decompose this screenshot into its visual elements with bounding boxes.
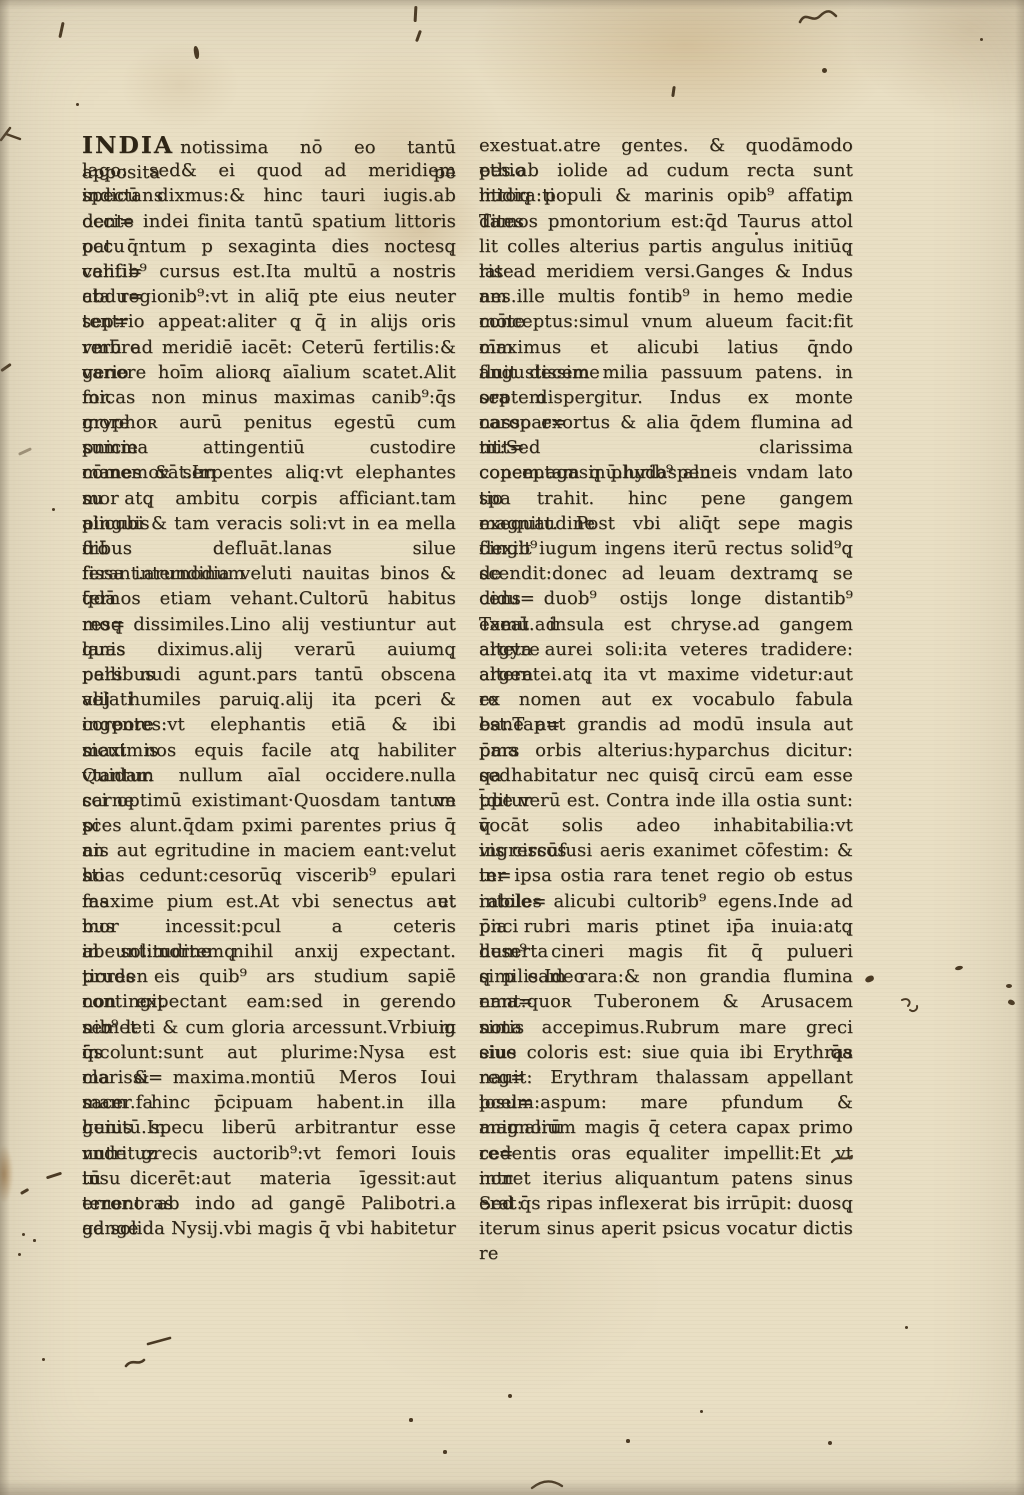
ink-dot [22, 1233, 25, 1236]
text-line: vnde grecis auctorib⁹:vt femori Iouis in… [82, 1141, 456, 1166]
pen-squiggle-bottom [118, 1336, 174, 1376]
ink-dot [42, 1358, 45, 1361]
text-line: huius specu liberū arbitrantur esse nutr… [82, 1115, 456, 1140]
text-line: cingit iugum ingens iterū rectus solid⁹q… [479, 536, 853, 561]
pen-arc [530, 1474, 564, 1492]
text-line: iterum sinus aperit psicus vocatur dicti… [479, 1216, 853, 1241]
text-line: hum⁹ cineri magis fit q̄ pulueri similis… [479, 939, 853, 964]
text-line: genere hoīm alioʀq̨ aīalium scatet.Alit … [82, 360, 456, 385]
text-line: nasso exortus & alia q̄dem flumina ad mi… [479, 410, 853, 435]
text-line: manes & serpentes aliq̨:vt elephantes mo… [82, 460, 456, 485]
text-line: vocāt solis adeo inhabitabilia:vt ingres… [479, 813, 853, 838]
ink-dot [443, 1450, 447, 1454]
text-line: conceptam q̨ plurib⁹ alueis vndam lato s… [479, 460, 853, 485]
text-line: re nomen aut ex vocabulo fabula est.Tap= [479, 687, 853, 712]
text-line: su atq̨ ambitu corpis afficiant.tam ping… [82, 486, 456, 511]
ink-mark [193, 46, 200, 60]
text-line: tit:Sed clarissima copem.agasinū.hydaspe… [479, 435, 853, 460]
text-line: sima accepimus.Rubrum mare greci siue q̄… [479, 1015, 853, 1040]
pen-check-mark [0, 124, 28, 146]
left-column-lines: lago: sed& ei quod ad meridiem spectansi… [82, 158, 456, 1241]
text-line: qa habitatur nec quisq̄ circū eam esse t… [479, 763, 853, 788]
ink-mark [864, 975, 875, 984]
text-line: pes.ab iolide ad cudum recta sunt littor… [479, 158, 853, 183]
text-line: exestuat.atre gentes. & quodāmodo ethio [479, 133, 853, 158]
text-line: alicubi & tam veracis soli:vt in ea mell… [82, 511, 456, 536]
text-line: Tamū insula est chryse.ad gangem argyre [479, 612, 853, 637]
text-line: in solitudine nihil anxij expectant. pru… [82, 939, 456, 964]
text-line: sces alunt.q̄dam pximi parentes prius q̄… [82, 813, 456, 838]
text-line: argentei.atq̨ ita vt maxime videtur:aut … [479, 662, 853, 687]
stain [850, 0, 1024, 120]
ink-dot [626, 1439, 630, 1443]
text-line: fissa internodia veluti nauitas binos & … [82, 561, 456, 586]
pen-squiggle [798, 8, 838, 28]
text-line: pars orbis alterius:hyparchus dicitur: s… [479, 738, 853, 763]
ink-dot [980, 38, 983, 41]
text-line: nauit: Erythram thalassam appellant pcel… [479, 1065, 853, 1090]
text-line: conceptus:simul vnum alueum facit:fit oī… [479, 309, 853, 334]
text-line: dibus defluāt.lanas silue ferant.arundin… [82, 536, 456, 561]
text-line: animalium magis q̄ cetera capax primo re… [479, 1115, 853, 1140]
text-line: intret iterius aliquantum patens sinus e… [479, 1166, 853, 1191]
text-line: sicut nos equis facile atq̨ habiliter vt… [82, 738, 456, 763]
ink-dot [18, 1253, 21, 1256]
ink-mark [0, 363, 12, 372]
ink-dot [508, 1394, 512, 1398]
ink-mark [1007, 999, 1016, 1007]
text-line: vis circūfusi aeris exanimet cōfestim: &… [479, 838, 853, 863]
stain [120, 40, 240, 130]
ink-mark [415, 30, 422, 42]
ink-mark [414, 6, 417, 22]
ink-dot [76, 103, 79, 106]
ink-dot [409, 1418, 413, 1422]
ink-mark [955, 965, 964, 971]
ink-dot [52, 508, 55, 511]
text-line: micas non minus maximas canib⁹:q̄s more [82, 385, 456, 410]
text-line: losum:aspum: mare pfundum & magnorū [479, 1090, 853, 1115]
pen-flick [898, 996, 922, 1016]
text-line: rerū ad meridiē iacēt: Ceterū fertilis:&… [82, 335, 456, 360]
text-line: stias cedunt:cesorūq̨ viscerib⁹ epulari … [82, 863, 456, 888]
ink-dot [905, 1326, 908, 1329]
ink-mark [671, 86, 675, 97]
text-line: cens duob⁹ ostijs longe distantib⁹ exeat… [479, 586, 853, 611]
text-line: tio trahit. hinc pene gangem magnitudine [479, 486, 853, 511]
ink-mark [46, 1172, 62, 1180]
text-line: cantib⁹ cursus est.Ita multū a nostris a… [82, 259, 456, 284]
text-line: Tamos pmontorium est:q̄d Taurus attol [479, 209, 853, 234]
text-line: maximus et alicubi latius q̄ndo angustis… [479, 335, 853, 360]
text-line: pat q̄ntum p sexaginta dies noctesq̨ vel… [82, 234, 456, 259]
lead-word: INDIA [82, 131, 174, 159]
text-line: ter ipsa ostia rara tenet regio ob estus… [479, 863, 853, 888]
ink-dot [33, 1239, 36, 1242]
ink-mark [1006, 984, 1012, 988]
text-line: ora dispergitur. Indus ex monte caropar= [479, 385, 853, 410]
text-line: ingentes:vt elephantis etiā & ibi maximi… [82, 712, 456, 737]
text-line: scendit:donec ad leuam dextramq̨ se didu… [479, 561, 853, 586]
text-line: sci optimū existimant·Quosdam tantum pi [82, 788, 456, 813]
text-line: nes.ille multis fontib⁹ in hemo medie mō… [479, 284, 853, 309]
text-line: pnicie attingentiū custodire cōmemorāt.I… [82, 435, 456, 460]
ink-mark [58, 22, 64, 38]
text-line: q̨ p eam rara:& non grandia flumina ema= [479, 964, 853, 989]
stain [0, 1146, 13, 1202]
text-line: bus incessit:pcul a ceteris abeunt:morte… [82, 914, 456, 939]
text-line: alteta aurei soli:ita veteres tradidere:… [479, 637, 853, 662]
right-column-lines: exestuat.atre gentes. & quodāmodo ethiop… [479, 133, 853, 1241]
text-line: midiq̨ populi & marinis opib⁹ affatim di… [479, 183, 853, 208]
text-line: lit colles alterius partis angulus initi… [479, 234, 853, 259]
text-line: quas diximus.alij verarū auiumq̨ pellibu… [82, 637, 456, 662]
text-line: mam hinc p̄cipuam habent.in illa genitū.… [82, 1090, 456, 1115]
text-line: resq̨ dissimiles.Lino alij vestiuntur au… [82, 612, 456, 637]
text-line: non expectant eam:sed in gerendo semet i… [82, 989, 456, 1014]
text-line: maxime pium est.At vbi senectus aut mor [82, 889, 456, 914]
ink-mark [18, 447, 32, 456]
ink-mark [20, 1188, 29, 1195]
text-column-right: exestuat.atre gentes. & quodāmodo ethiop… [479, 133, 853, 1241]
text-line: cedentis oras equaliter impellit:Et vt n… [479, 1141, 853, 1166]
text-line: tenent ab indo ad gangē Palibotri.a gang… [82, 1191, 456, 1216]
text-line: rabiles alicubi cultorib⁹ egens.Inde ad … [479, 889, 853, 914]
text-line: tiores eis quib⁹ ars studium sapiē conti… [82, 964, 456, 989]
text-line: nis aut egritudine in maciem eant:velut … [82, 838, 456, 863]
text-line: ad solida Nysij.vbi magis q̄ vbi habitet… [82, 1216, 456, 1241]
text-line: ternos etiam vehant.Cultorū habitus mo= [82, 586, 456, 611]
text-line: tentrio appeat:aliter q̨ q̄ in alijs ori… [82, 309, 456, 334]
ink-dot [700, 1410, 703, 1413]
text-column-left: INDIAnotissima nō eo tantū apposita pe l… [82, 133, 456, 1241]
text-line: ppe verū est. Contra inde illa ostia sun… [479, 788, 853, 813]
text-line: fluit decem milia passuum patens. in sep… [479, 360, 853, 385]
text-line: gryphoʀ aurū penitus egestū cum summa [82, 410, 456, 435]
text-line: pars nudi agunt.pars tantū obscena velat… [82, 662, 456, 687]
text-line: dente indei finita tantū spatium littori… [82, 209, 456, 234]
text-line: lago: sed& ei quod ad meridiem spectans [82, 158, 456, 183]
text-line: ma & maxima.montiū Meros Ioui sacer.fa [82, 1065, 456, 1090]
book-page: INDIAnotissima nō eo tantū apposita pe l… [0, 0, 1024, 1495]
text-line: alij humiles paruiq̨.alij ita pceri & co… [82, 687, 456, 712]
text-line: tū dicerēt:aut materia īgessit:aut error… [82, 1166, 456, 1191]
text-line: exequat. Post vbi aliq̄t sepe magis flex… [479, 511, 853, 536]
text-line: eius coloris est: siue quia ibi Erythras… [479, 1040, 853, 1065]
text-line: Quidam nullum aīal occidere.nulla carne … [82, 763, 456, 788]
text-line: incolunt:sunt aut plurime:Nysa est clari… [82, 1040, 456, 1065]
text-line: INDIAnotissima nō eo tantū apposita pe [82, 133, 456, 158]
text-line: cta regionib⁹:vt in aliq̄ pte eius neute… [82, 284, 456, 309]
ink-dot [822, 68, 827, 73]
text-line: indicū dixmus:& hinc tauri iugis.ab occi… [82, 183, 456, 208]
text-line: ris ad meridiem versi.Ganges & Indus am [479, 259, 853, 284]
ink-dot [828, 1441, 832, 1445]
text-line: pia rubri maris ptinet ip̄a inuia:atq̨ d… [479, 914, 853, 939]
text-line: Sed q̄s ripas inflexerat bis irrūpit: du… [479, 1191, 853, 1216]
text-line: nib⁹ leti & cum gloria arcessunt.Vrbium … [82, 1015, 456, 1040]
text-line: nant:quoʀ Tuberonem & Arusacem notis [479, 989, 853, 1014]
text-line: bane aut grandis ad modū insula aut p̄ma [479, 712, 853, 737]
